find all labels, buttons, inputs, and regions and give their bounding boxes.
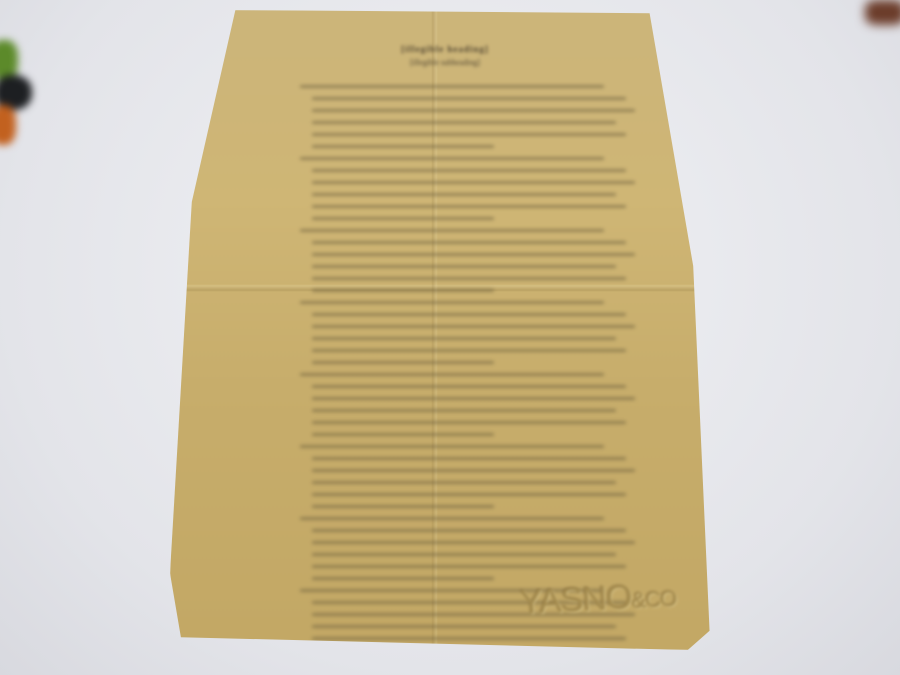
text-line bbox=[312, 337, 616, 340]
text-line bbox=[312, 385, 626, 388]
text-line bbox=[312, 469, 635, 472]
text-line bbox=[312, 553, 616, 556]
text-line bbox=[312, 253, 635, 256]
text-line bbox=[312, 289, 494, 292]
text-line bbox=[312, 145, 494, 148]
background-objects bbox=[0, 30, 50, 140]
text-line bbox=[312, 577, 494, 580]
green-object bbox=[0, 40, 18, 80]
text-line bbox=[312, 397, 635, 400]
text-line bbox=[300, 445, 604, 448]
text-line bbox=[312, 217, 494, 220]
text-line bbox=[312, 625, 616, 628]
text-line bbox=[312, 265, 616, 268]
document-body-text bbox=[300, 85, 630, 661]
text-line bbox=[312, 277, 626, 280]
text-line bbox=[312, 361, 494, 364]
text-line bbox=[312, 541, 635, 544]
embossed-stamp: YASNO&CO bbox=[519, 576, 677, 623]
text-line bbox=[300, 301, 604, 304]
text-line bbox=[312, 193, 616, 196]
text-line bbox=[312, 481, 616, 484]
text-line bbox=[312, 565, 626, 568]
text-line bbox=[312, 457, 626, 460]
text-line bbox=[300, 229, 604, 232]
text-line bbox=[312, 241, 626, 244]
text-line bbox=[312, 97, 626, 100]
text-line bbox=[312, 505, 494, 508]
text-line bbox=[312, 433, 494, 436]
text-line bbox=[312, 109, 635, 112]
text-line bbox=[312, 205, 626, 208]
text-line bbox=[312, 421, 626, 424]
text-line bbox=[312, 133, 626, 136]
text-line bbox=[312, 529, 626, 532]
text-line bbox=[300, 517, 604, 520]
text-line bbox=[312, 349, 626, 352]
text-line bbox=[312, 493, 626, 496]
orange-object bbox=[0, 105, 16, 145]
text-line bbox=[312, 325, 635, 328]
text-line bbox=[312, 637, 626, 640]
text-line bbox=[312, 409, 616, 412]
text-line bbox=[300, 157, 604, 160]
old-document: [illegible heading] [illegible subheadin… bbox=[170, 10, 715, 650]
document-title: [illegible heading] bbox=[360, 44, 530, 54]
text-line bbox=[300, 85, 604, 88]
text-line bbox=[300, 373, 604, 376]
document-subtitle: [illegible subheading] bbox=[395, 58, 495, 67]
text-line bbox=[312, 313, 626, 316]
text-line bbox=[312, 181, 635, 184]
text-line bbox=[312, 121, 616, 124]
corner-object bbox=[865, 0, 900, 25]
text-line bbox=[312, 169, 626, 172]
